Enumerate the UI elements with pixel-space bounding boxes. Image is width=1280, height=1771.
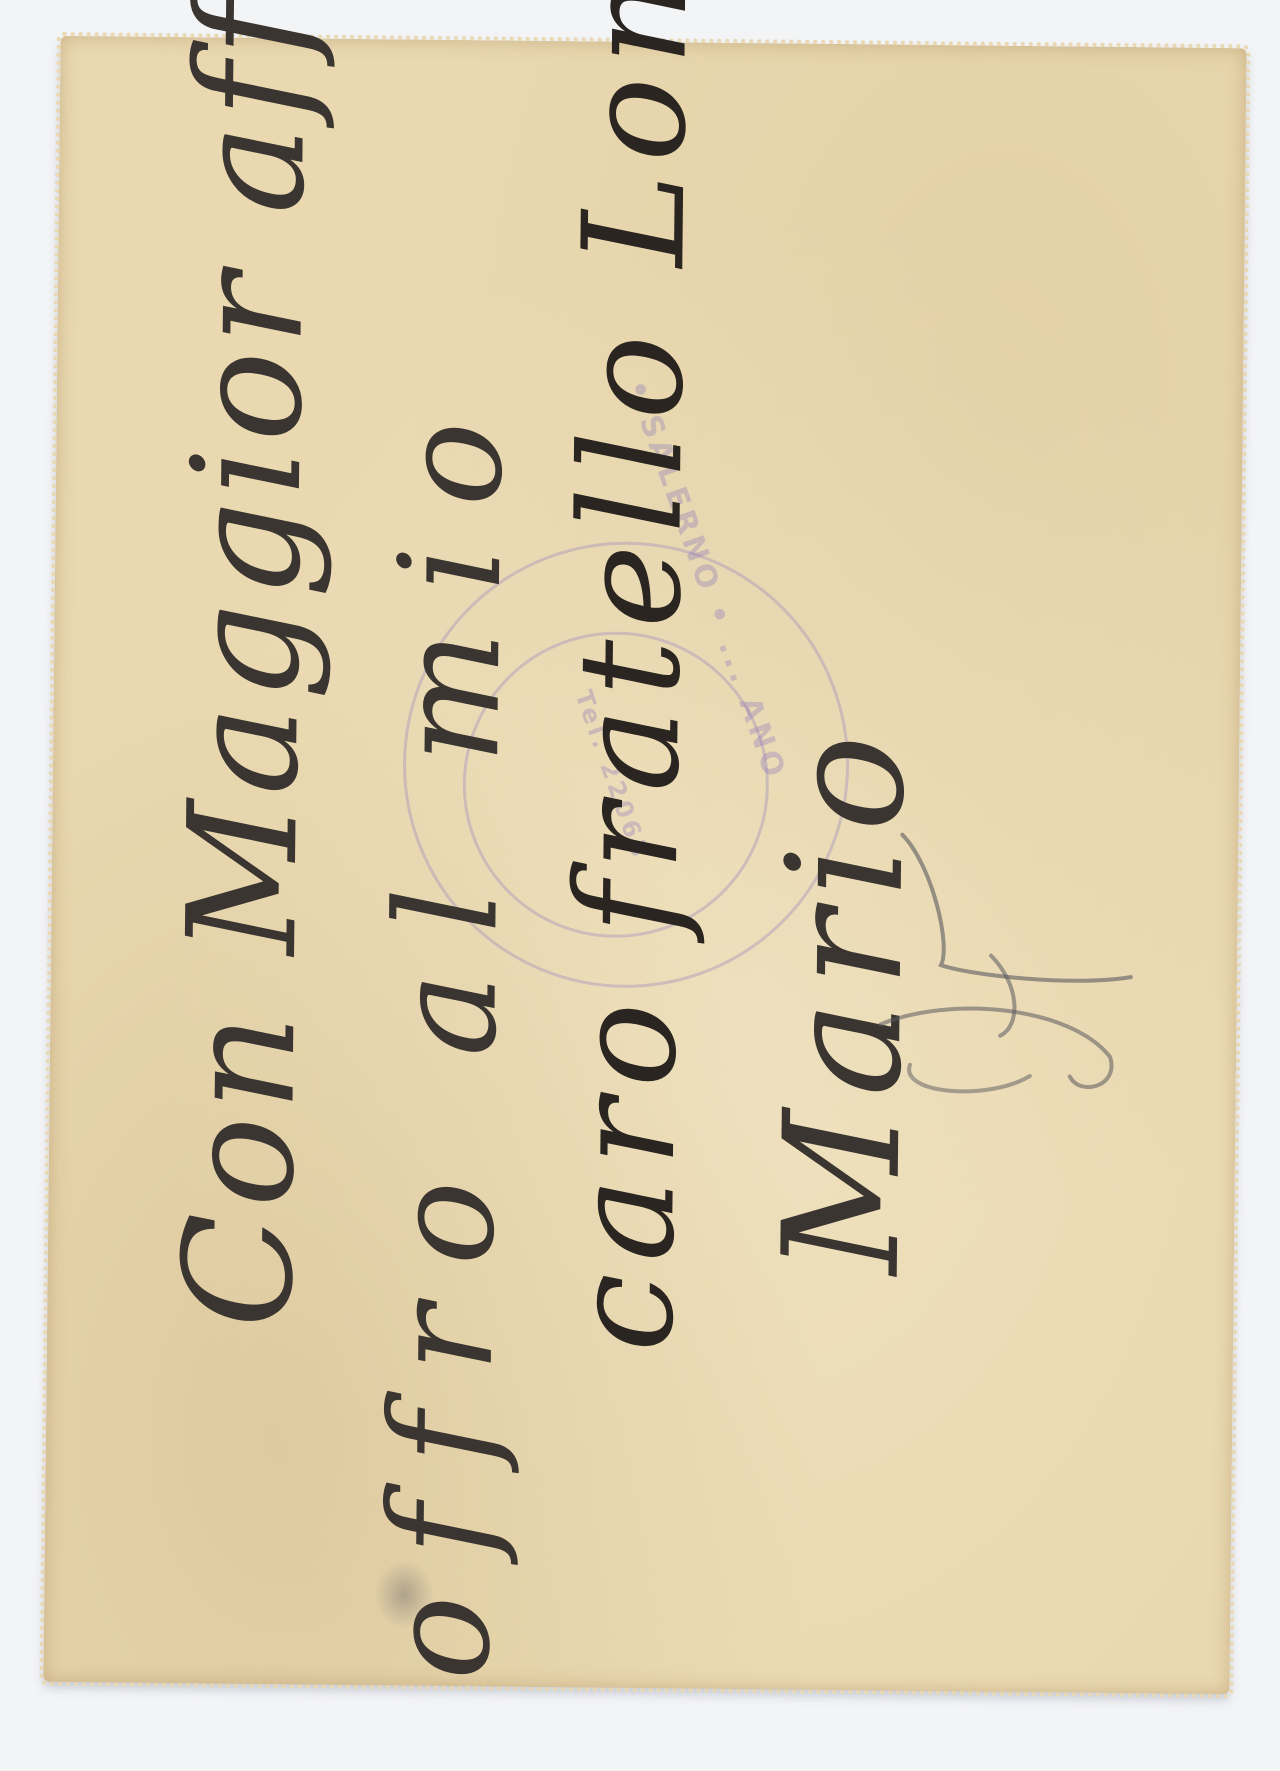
pencil-mark — [870, 824, 1173, 1107]
handwritten-line-1: Con Maggior affetto — [152, 0, 343, 1329]
handwritten-line-3: caro fratello Londano — [542, 0, 724, 1353]
photo-card-back: • SALERNO • ... ANO Tel. 22063 Con Maggi… — [43, 36, 1246, 1694]
handwritten-line-2: offro al mio — [358, 381, 535, 1681]
